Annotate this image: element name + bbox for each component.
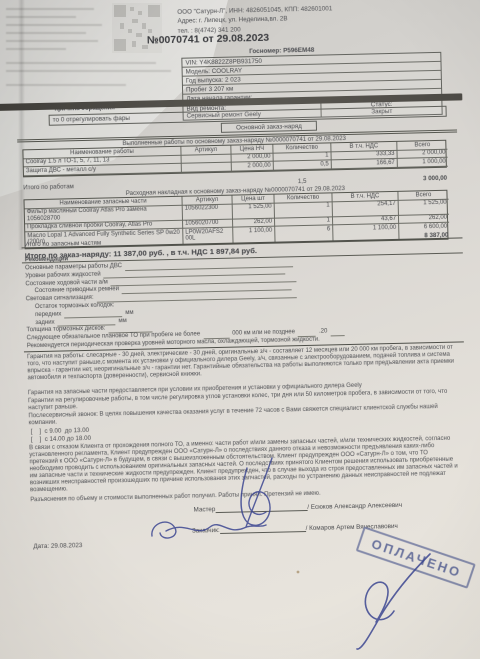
work-row-vat: 166,67 bbox=[332, 159, 398, 169]
order-number-title: №0070741 от 29.08.2023 bbox=[147, 32, 270, 47]
master-name: / Есюков Александр Алексеевич bbox=[307, 502, 402, 511]
paid-stamp: ОПЛАЧЕНО bbox=[356, 526, 476, 589]
signature-blank bbox=[220, 524, 306, 534]
rec-front-label: передних bbox=[35, 311, 61, 319]
part-row-sku: 1056022300 bbox=[183, 204, 233, 220]
main-order-box: Основной заказ-наряд bbox=[221, 121, 317, 133]
customer-name: / Комаров Артем Вячеславович bbox=[306, 523, 398, 532]
works-total-qty: 1,5 bbox=[273, 177, 331, 185]
part-row-qty: 1 bbox=[275, 202, 333, 218]
master-label: Мастер bbox=[194, 506, 216, 513]
to-refusal-disclaimer: В связи с отказом Клиента от прохождения… bbox=[29, 436, 460, 495]
rec-rear-unit: мм bbox=[118, 318, 126, 326]
rec-front-unit: мм bbox=[125, 310, 133, 318]
recommendations-section: Рекомендации Основные параметры работы Д… bbox=[25, 248, 451, 351]
work-order-sheet: ООО "Сатурн-Л", ИНН: 4826051045, КПП: 48… bbox=[0, 0, 480, 659]
document-photo: ООО "Сатурн-Л", ИНН: 4826051045, КПП: 48… bbox=[0, 0, 480, 659]
work-row-price: 2 000,00 bbox=[232, 162, 274, 172]
call-slot-checkbox-2: [ ] с 14.00 до 18.00 bbox=[31, 435, 91, 443]
rec-next-to-end: .20 bbox=[319, 329, 328, 337]
work-row-total: 1 000,00 bbox=[398, 158, 448, 168]
blank-line bbox=[330, 329, 344, 336]
work-row-qty: 0,5 bbox=[274, 161, 332, 171]
signature-blank bbox=[215, 503, 307, 513]
customer-signature-line: Заказчик: / Комаров Артем Вячеславович bbox=[192, 520, 462, 534]
part-row-price: 1 525,00 bbox=[233, 203, 275, 219]
work-row-sku bbox=[182, 163, 232, 173]
customer-label: Заказчик: bbox=[192, 527, 220, 535]
call-slot-checkbox-1: [ ] с 9.00 до 13.00 bbox=[31, 427, 89, 435]
part-row-vat: 254,17 bbox=[333, 200, 399, 217]
master-signature-line: Мастер / Есюков Александр Алексеевич bbox=[193, 499, 461, 513]
works-total-sum: 3 000,00 bbox=[397, 175, 447, 183]
document-date: Дата: 29.08.2023 bbox=[33, 542, 82, 550]
part-row-total: 1 525,00 bbox=[399, 199, 449, 215]
